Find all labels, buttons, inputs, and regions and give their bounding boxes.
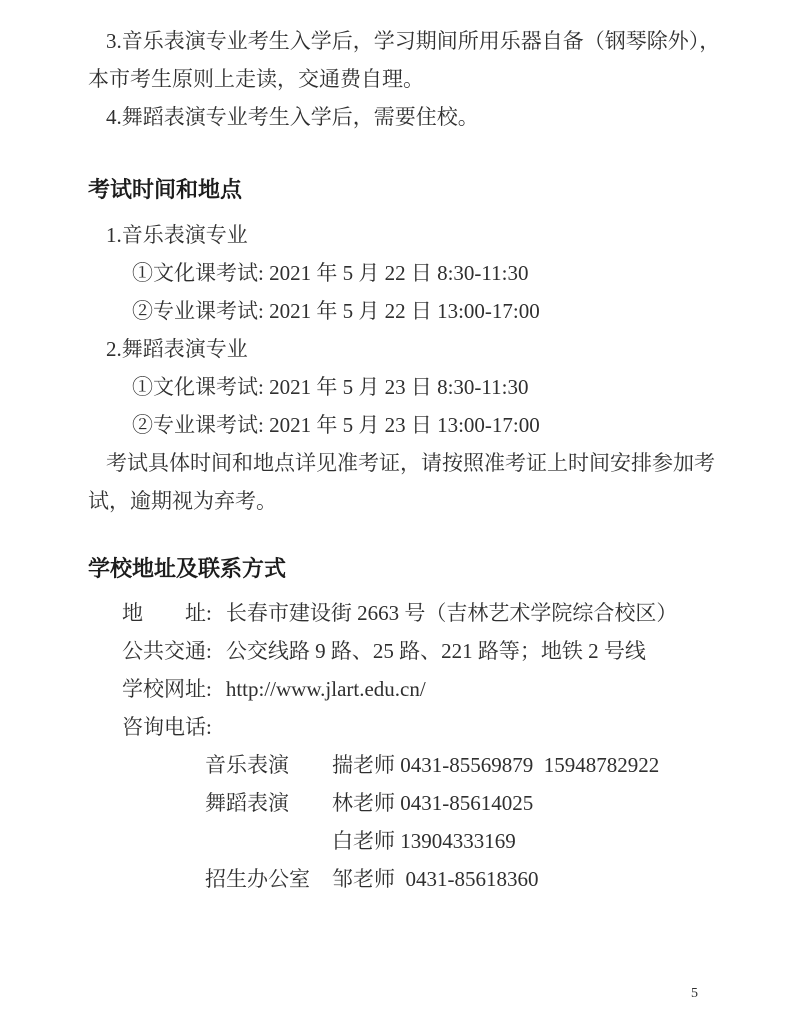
phone-contact: 白老师 13904333169 bbox=[332, 829, 516, 853]
document-page: 3.音乐表演专业考生入学后，学习期间所用乐器自备（钢琴除外）， 本市考生原则上走… bbox=[0, 0, 788, 1011]
website-line: 学校网址:http://www.jlart.edu.cn/ bbox=[88, 670, 722, 708]
section-heading-contact: 学校地址及联系方式 bbox=[88, 550, 722, 588]
address-line: 地 址:长春市建设街 2663 号（吉林艺术学院综合校区） bbox=[88, 594, 722, 632]
address-value: 长春市建设街 2663 号（吉林艺术学院综合校区） bbox=[226, 601, 678, 625]
exam-item2-title: 2.舞蹈表演专业 bbox=[88, 330, 722, 368]
phone-contact: 揣老师 0431-85569879 15948782922 bbox=[332, 753, 659, 777]
exam-item1-title: 1.音乐表演专业 bbox=[88, 216, 722, 254]
paragraph-item3-line2: 本市考生原则上走读，交通费自理。 bbox=[88, 60, 722, 98]
paragraph-item4: 4.舞蹈表演专业考生入学后，需要住校。 bbox=[88, 98, 722, 136]
paragraph-item3-line1: 3.音乐表演专业考生入学后，学习期间所用乐器自备（钢琴除外）， bbox=[88, 22, 722, 60]
transport-label: 公共交通: bbox=[122, 632, 212, 670]
address-label: 地 址: bbox=[122, 594, 212, 632]
website-label: 学校网址: bbox=[122, 670, 212, 708]
phone-line: 咨询电话: bbox=[88, 708, 722, 746]
phone-category: 招生办公室 bbox=[205, 860, 332, 898]
phone-row-dance-2: 白老师 13904333169 bbox=[88, 822, 722, 860]
exam-note-line1: 考试具体时间和地点详见准考证，请按照准考证上时间安排参加考 bbox=[88, 444, 722, 482]
phone-category: 舞蹈表演 bbox=[205, 784, 332, 822]
phone-row-music: 音乐表演揣老师 0431-85569879 15948782922 bbox=[88, 746, 722, 784]
phone-contact: 邹老师 0431-85618360 bbox=[332, 867, 539, 891]
page-content: 3.音乐表演专业考生入学后，学习期间所用乐器自备（钢琴除外）， 本市考生原则上走… bbox=[0, 0, 788, 898]
transport-line: 公共交通:公交线路 9 路、25 路、221 路等；地铁 2 号线 bbox=[88, 632, 722, 670]
phone-category: 音乐表演 bbox=[205, 746, 332, 784]
exam-item1-major-exam: ②专业课考试: 2021 年 5 月 22 日 13:00-17:00 bbox=[88, 292, 722, 330]
transport-value: 公交线路 9 路、25 路、221 路等；地铁 2 号线 bbox=[226, 639, 646, 663]
phone-contact: 林老师 0431-85614025 bbox=[332, 791, 533, 815]
exam-note-line2: 试，逾期视为弃考。 bbox=[88, 482, 722, 520]
phone-row-dance: 舞蹈表演林老师 0431-85614025 bbox=[88, 784, 722, 822]
section-heading-exam-time-location: 考试时间和地点 bbox=[88, 171, 722, 209]
exam-item1-culture-exam: ①文化课考试: 2021 年 5 月 22 日 8:30-11:30 bbox=[88, 254, 722, 292]
website-value: http://www.jlart.edu.cn/ bbox=[226, 677, 426, 701]
page-number: 5 bbox=[691, 987, 698, 1001]
phone-row-admissions-office: 招生办公室邹老师 0431-85618360 bbox=[88, 860, 722, 898]
exam-item2-culture-exam: ①文化课考试: 2021 年 5 月 23 日 8:30-11:30 bbox=[88, 368, 722, 406]
exam-item2-major-exam: ②专业课考试: 2021 年 5 月 23 日 13:00-17:00 bbox=[88, 406, 722, 444]
phone-label: 咨询电话: bbox=[122, 708, 212, 746]
